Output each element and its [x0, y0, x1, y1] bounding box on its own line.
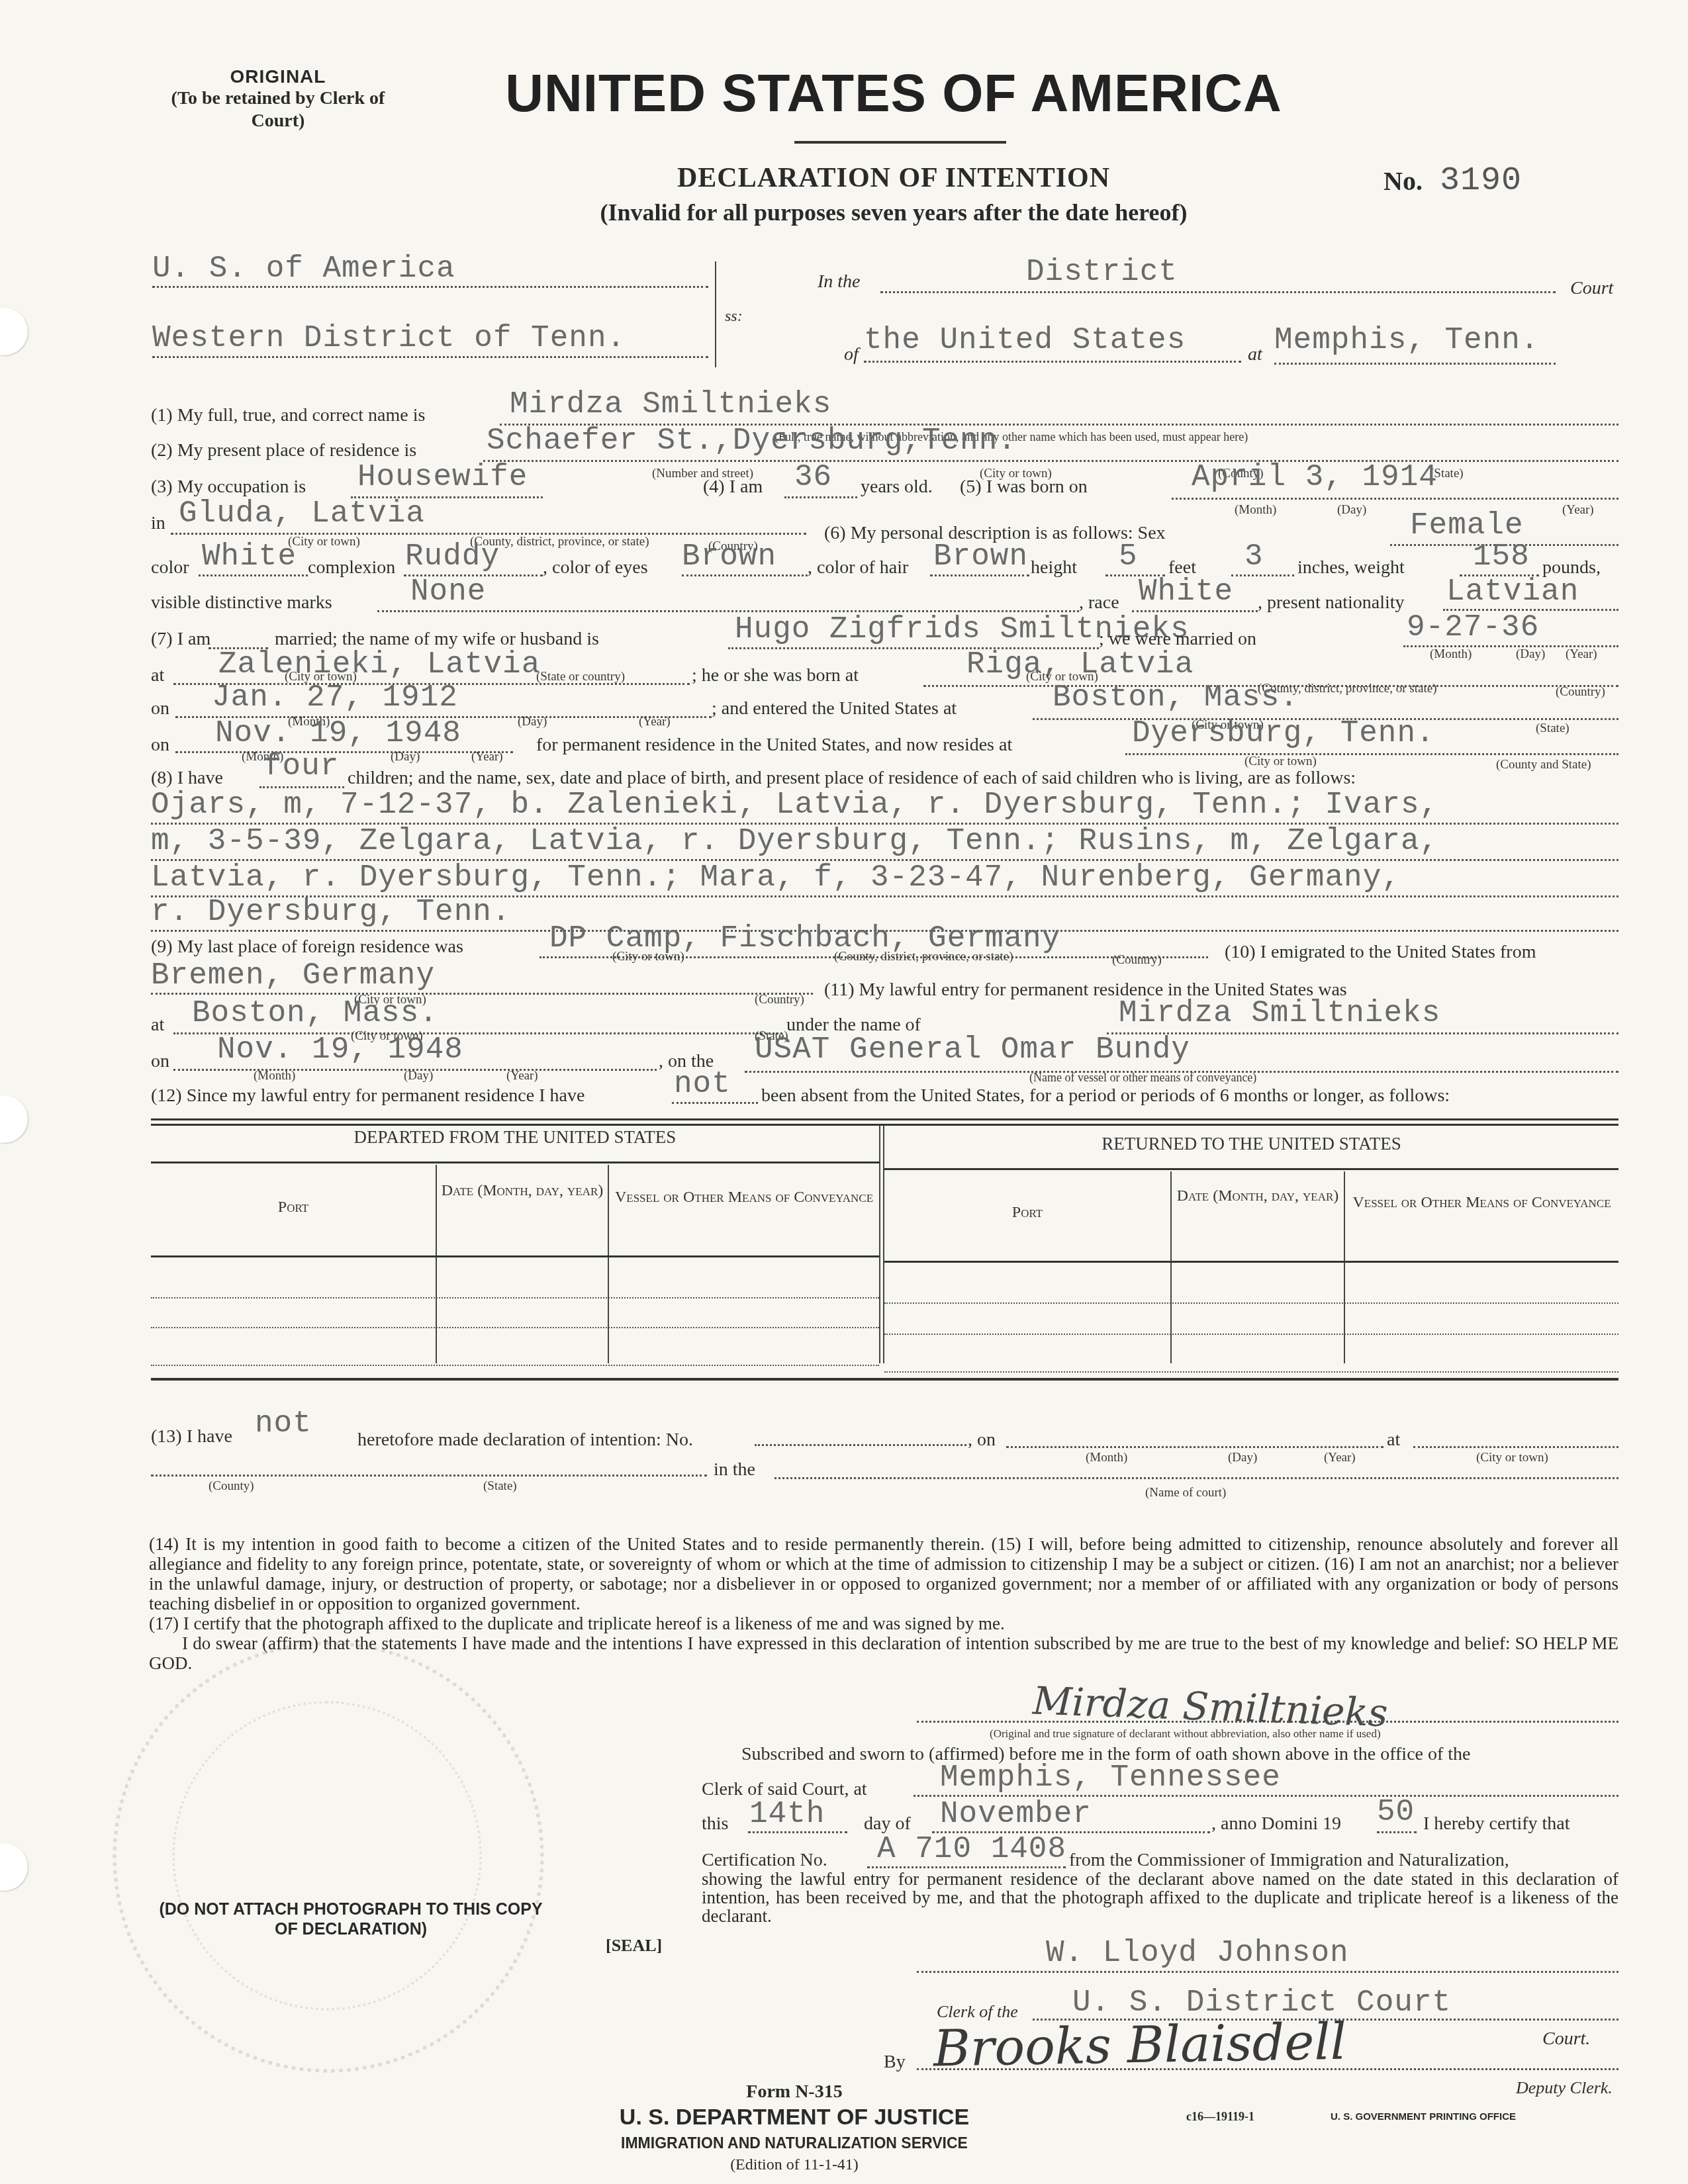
certify-label: I hereby certify that	[1423, 1813, 1570, 1835]
prior-declaration-value: not	[255, 1406, 312, 1441]
table-center-divider	[879, 1125, 880, 1363]
prior-caption-court: (Name of court)	[1145, 1486, 1226, 1500]
month-value: November	[940, 1797, 1092, 1831]
col-header-vessel-returned: Vessel or Other Means of Conveyance	[1345, 1193, 1618, 1212]
height-inches-rule	[1231, 574, 1294, 576]
hair-rule	[930, 574, 1029, 576]
table-row[interactable]	[151, 1297, 879, 1298]
nationality-label: , present nationality	[1258, 592, 1405, 614]
entry-date-caption-month: (Month)	[254, 1069, 295, 1083]
clerk-name-rule	[917, 1971, 1618, 1973]
spouse-birth-caption-year: (Year)	[639, 715, 671, 729]
table-row[interactable]	[884, 1334, 1618, 1335]
oath-swear: I do swear (affirm) that the statements …	[149, 1633, 1618, 1673]
spouse-entry-caption-state: (State)	[1536, 721, 1570, 736]
clerk-location-value: Memphis, Tennessee	[940, 1760, 1281, 1795]
last-foreign-caption-city: (City or town)	[612, 950, 684, 964]
original-label: ORIGINAL	[146, 66, 410, 87]
embossed-seal-inner-icon	[172, 1701, 482, 2011]
this-label: this	[702, 1813, 728, 1835]
year-rule	[1377, 1831, 1417, 1833]
emigrated-from-value: Bremen, Germany	[151, 958, 435, 993]
service-name: IMMIGRATION AND NATURALIZATION SERVICE	[530, 2134, 1059, 2152]
children-line-3: Latvia, r. Dyersburg, Tenn.; Mara, f, 3-…	[151, 860, 1401, 895]
prior-caption-city: (City or town)	[1476, 1451, 1548, 1465]
spouse-entry-date-caption-year: (Year)	[471, 750, 503, 764]
children-line-2: m, 3-5-39, Zelgara, Latvia, r. Dyersburg…	[151, 824, 1438, 858]
clerk-name-value: W. Lloyd Johnson	[1046, 1936, 1349, 1970]
birth-caption-month: (Month)	[1235, 503, 1276, 518]
marriage-place-value: Zalenieki, Latvia	[218, 647, 540, 682]
binder-hole	[0, 308, 28, 355]
prior-court-rule	[774, 1477, 1618, 1479]
year-suffix-value: 50	[1377, 1795, 1415, 1829]
original-notice: ORIGINAL (To be retained by Clerk of Cou…	[146, 66, 410, 132]
q2-label: (2) My present place of residence is	[151, 440, 416, 461]
cert-no-rule	[867, 1866, 1066, 1868]
marks-value: None	[410, 574, 486, 609]
children-line-1: Ojars, m, 7-12-37, b. Zalenieki, Latvia,…	[151, 788, 1438, 822]
birth-caption-day: (Day)	[1337, 503, 1366, 518]
signature-rule	[917, 1721, 1618, 1723]
edition-note: (Edition of 11-1-41)	[530, 2156, 1059, 2174]
form-number: Form N-315	[530, 2081, 1059, 2103]
prior-in-the-label: in the	[714, 1459, 755, 1480]
spouse-entry-on-label: on	[151, 735, 169, 756]
retained-note: (To be retained by Clerk of Court)	[146, 87, 410, 132]
q1-label: (1) My full, true, and correct name is	[151, 405, 425, 426]
entry-at-label: at	[151, 1015, 164, 1036]
table-row[interactable]	[151, 1365, 879, 1366]
court-of: the United States	[864, 323, 1186, 357]
prior-declaration-text: heretofore made declaration of intention…	[357, 1430, 693, 1451]
court-label: Court	[1570, 278, 1613, 299]
q12-label: (12) Since my lawful entry for permanent…	[151, 1085, 585, 1107]
birth-place-value: Gluda, Latvia	[179, 496, 425, 531]
spouse-born-label: ; he or she was born at	[692, 665, 859, 686]
spouse-born-on-label: on	[151, 698, 169, 719]
binder-hole	[0, 1843, 28, 1891]
signature-caption: (Original and true signature of declaran…	[990, 1727, 1381, 1741]
in-the-label: In the	[818, 271, 861, 293]
title-divider	[794, 141, 1006, 144]
marriage-caption-year: (Year)	[1566, 647, 1597, 662]
hair-value: Brown	[933, 539, 1028, 574]
number-label: No.	[1383, 165, 1423, 197]
col-header-port-returned: Port	[884, 1203, 1170, 1222]
printer-name: U. S. GOVERNMENT PRINTING OFFICE	[1331, 2111, 1516, 2122]
declaration-number: 3190	[1440, 162, 1522, 200]
inches-label: inches, weight	[1297, 557, 1405, 578]
children-count-value: four	[263, 749, 339, 784]
q9-label: (9) My last place of foreign residence w…	[151, 936, 463, 958]
spouse-resides-caption-county: (County and State)	[1496, 758, 1591, 772]
prior-county-state-rule	[151, 1475, 707, 1477]
prior-city-rule	[1413, 1446, 1618, 1448]
prior-caption-day: (Day)	[1228, 1451, 1257, 1465]
venue-line-2-rule	[152, 356, 708, 358]
spouse-birth-date-value: Jan. 27, 1912	[212, 680, 458, 715]
emigrated-caption-country: (Country)	[755, 993, 804, 1007]
eyes-value: Brown	[682, 539, 776, 574]
spouse-resides-caption-city: (City or town)	[1244, 754, 1317, 769]
entry-date-caption-day: (Day)	[404, 1069, 433, 1083]
col-header-vessel-departed: Vessel or Other Means of Conveyance	[609, 1188, 879, 1207]
seal-label: [SEAL]	[606, 1936, 662, 1956]
in-label: in	[151, 513, 165, 534]
eyes-label: , color of eyes	[543, 557, 648, 578]
spouse-resides-value: Dyersburg, Tenn.	[1132, 716, 1435, 751]
returned-header-rule	[884, 1168, 1618, 1170]
q12-suffix: been absent from the United States, for …	[761, 1085, 1450, 1107]
complexion-label: complexion	[308, 557, 395, 578]
weight-value: 158	[1473, 539, 1530, 574]
oath-paragraph-14-16: (14) It is my intention in good faith to…	[149, 1534, 1618, 1614]
children-line-4: r. Dyersburg, Tenn.	[151, 895, 511, 929]
entry-on-label: on	[151, 1051, 169, 1072]
oath-paragraph-17: (17) I certify that the photograph affix…	[149, 1614, 1618, 1633]
returned-header: RETURNED TO THE UNITED STATES	[884, 1134, 1618, 1154]
court-suffix-label: Court.	[1542, 2028, 1590, 2050]
permanent-residence-label: for permanent residence in the United St…	[536, 735, 1012, 756]
q7-label: (7) I am	[151, 629, 211, 650]
residence-rule	[483, 460, 1618, 462]
table-top-rule	[151, 1118, 1618, 1120]
residence-value: Schaefer St.,Dyersburg,Tenn.	[487, 424, 1017, 458]
court-location: Memphis, Tenn.	[1274, 323, 1539, 357]
absent-rule	[672, 1102, 758, 1104]
spouse-entry-place-value: Boston, Mass.	[1053, 680, 1299, 715]
court-type: District	[1026, 255, 1178, 289]
eyes-rule	[682, 574, 808, 576]
cert-text-2: showing the lawful entry for permanent r…	[702, 1870, 1618, 1925]
spouse-entry-date-rule	[175, 751, 513, 753]
birth-date-value: April 3, 1914	[1192, 460, 1438, 494]
spouse-resides-rule	[1125, 753, 1618, 755]
spouse-entry-date-caption-day: (Day)	[391, 750, 420, 764]
spouse-entry-date-value: Nov. 19, 1948	[215, 716, 461, 751]
departed-header-rule	[151, 1161, 879, 1163]
of-label: of	[844, 344, 859, 365]
document-title: UNITED STATES OF AMERICA	[457, 63, 1331, 124]
q8-label: (8) I have	[151, 768, 223, 789]
prior-caption-county: (County)	[209, 1479, 254, 1494]
occupation-value: Housewife	[357, 460, 528, 494]
table-row[interactable]	[151, 1327, 879, 1328]
col-header-port-departed: Port	[151, 1198, 436, 1217]
q10-label: (10) I emigrated to the United States fr…	[1225, 942, 1536, 963]
col-header-date-returned: Date (Month, day, year)	[1172, 1187, 1344, 1206]
birth-caption-year: (Year)	[1562, 503, 1594, 518]
entry-place-value: Boston, Mass.	[192, 996, 438, 1030]
age-value: 36	[794, 460, 832, 494]
table-center-divider-2	[883, 1125, 884, 1363]
entry-name-value: Mirdza Smiltnieks	[1119, 996, 1440, 1030]
venue-brace	[715, 261, 716, 367]
columns-header-rule	[884, 1261, 1618, 1263]
prior-declaration-no-rule	[755, 1444, 966, 1446]
q4-label: (4) I am	[703, 477, 763, 498]
entry-date-caption-year: (Year)	[506, 1069, 538, 1083]
validity-note: (Invalid for all purposes seven years af…	[457, 199, 1331, 226]
prior-caption-state: (State)	[483, 1479, 517, 1494]
table-top-rule-2	[151, 1124, 1618, 1126]
court-of-rule	[864, 361, 1241, 363]
emigrated-from-rule	[151, 993, 813, 995]
last-foreign-caption-county: (County, district, province, or state)	[834, 950, 1013, 964]
spouse-birthplace-caption-country: (Country)	[1556, 685, 1605, 700]
cert-no-value: A 710 1408	[877, 1832, 1066, 1866]
col-header-date-departed: Date (Month, day, year)	[437, 1181, 608, 1201]
court-type-rule	[880, 291, 1556, 293]
marriage-caption-month: (Month)	[1430, 647, 1472, 662]
marriage-date-value: 9-27-36	[1407, 610, 1539, 645]
at-label: at	[1248, 344, 1262, 365]
entry-date-value: Nov. 19, 1948	[217, 1032, 463, 1067]
day-value: 14th	[749, 1797, 825, 1831]
spouse-birth-caption-day: (Day)	[518, 715, 547, 729]
photo-note: (DO NOT ATTACH PHOTOGRAPH TO THIS COPY O…	[152, 1899, 549, 1939]
table-row[interactable]	[884, 1302, 1618, 1304]
marks-label: visible distinctive marks	[151, 592, 332, 614]
prior-on-label: , on	[968, 1430, 996, 1451]
binder-hole	[0, 1095, 28, 1143]
vessel-value: USAT General Omar Bundy	[755, 1032, 1190, 1067]
marriage-at-label: at	[151, 665, 164, 686]
q13-label: (13) I have	[151, 1426, 232, 1447]
by-label: By	[884, 2052, 906, 2073]
prior-caption-year: (Year)	[1324, 1451, 1356, 1465]
table-bottom-rule	[151, 1378, 1618, 1381]
cert-no-label: Certification No.	[702, 1850, 827, 1871]
hair-label: , color of hair	[808, 557, 908, 578]
columns-header-rule	[151, 1255, 879, 1257]
table-row[interactable]	[884, 1371, 1618, 1373]
birth-place-caption-city: (City or town)	[288, 535, 360, 549]
children-label: children; and the name, sex, date and pl…	[348, 768, 1356, 789]
birth-date-rule	[1172, 498, 1618, 500]
sex-value: Female	[1410, 508, 1524, 543]
venue-line-1-rule	[152, 286, 708, 288]
full-name-value: Mirdza Smiltnieks	[510, 387, 831, 422]
department-name: U. S. DEPARTMENT OF JUSTICE	[530, 2105, 1059, 2130]
q3-label: (3) My occupation is	[151, 477, 306, 498]
color-value: White	[202, 539, 297, 574]
complexion-value: Ruddy	[405, 539, 500, 574]
marriage-place-caption-state: (State or country)	[536, 670, 625, 684]
color-rule	[199, 574, 308, 576]
height-label: height	[1031, 557, 1077, 578]
prior-date-rule	[1006, 1446, 1383, 1448]
last-foreign-caption-country: (Country)	[1112, 953, 1162, 968]
age-suffix: years old.	[861, 477, 933, 498]
color-label: color	[151, 557, 189, 578]
entered-label: ; and entered the United States at	[712, 698, 957, 719]
deputy-clerk-label: Deputy Clerk.	[1516, 2078, 1613, 2098]
document-subtitle: DECLARATION OF INTENTION	[457, 162, 1331, 194]
cert-text-1: from the Commissioner of Immigration and…	[1069, 1850, 1509, 1871]
deputy-rule	[917, 2068, 1618, 2070]
venue-line-2: Western District of Tenn.	[152, 321, 626, 355]
race-value: White	[1139, 574, 1233, 609]
day-rule	[748, 1831, 847, 1833]
absent-value: not	[674, 1067, 731, 1101]
height-feet-value: 5	[1119, 539, 1138, 574]
vessel-caption: (Name of vessel or other means of convey…	[1029, 1071, 1256, 1085]
nationality-value: Latvian	[1446, 574, 1579, 609]
marriage-caption-day: (Day)	[1516, 647, 1545, 662]
departed-header: DEPARTED FROM THE UNITED STATES	[151, 1127, 879, 1147]
prior-at-label: at	[1387, 1430, 1400, 1451]
venue-line-1: U. S. of America	[152, 251, 455, 286]
height-inches-value: 3	[1244, 539, 1264, 574]
age-rule	[784, 496, 857, 498]
anno-label: , anno Domini 19	[1211, 1813, 1341, 1835]
prior-caption-month: (Month)	[1086, 1451, 1127, 1465]
court-location-rule	[1274, 363, 1556, 365]
q5-label: (5) I was born on	[960, 477, 1088, 498]
race-label: , race	[1079, 592, 1119, 614]
ss-label: ss:	[725, 308, 743, 326]
print-code: c16—19119-1	[1186, 2110, 1254, 2124]
